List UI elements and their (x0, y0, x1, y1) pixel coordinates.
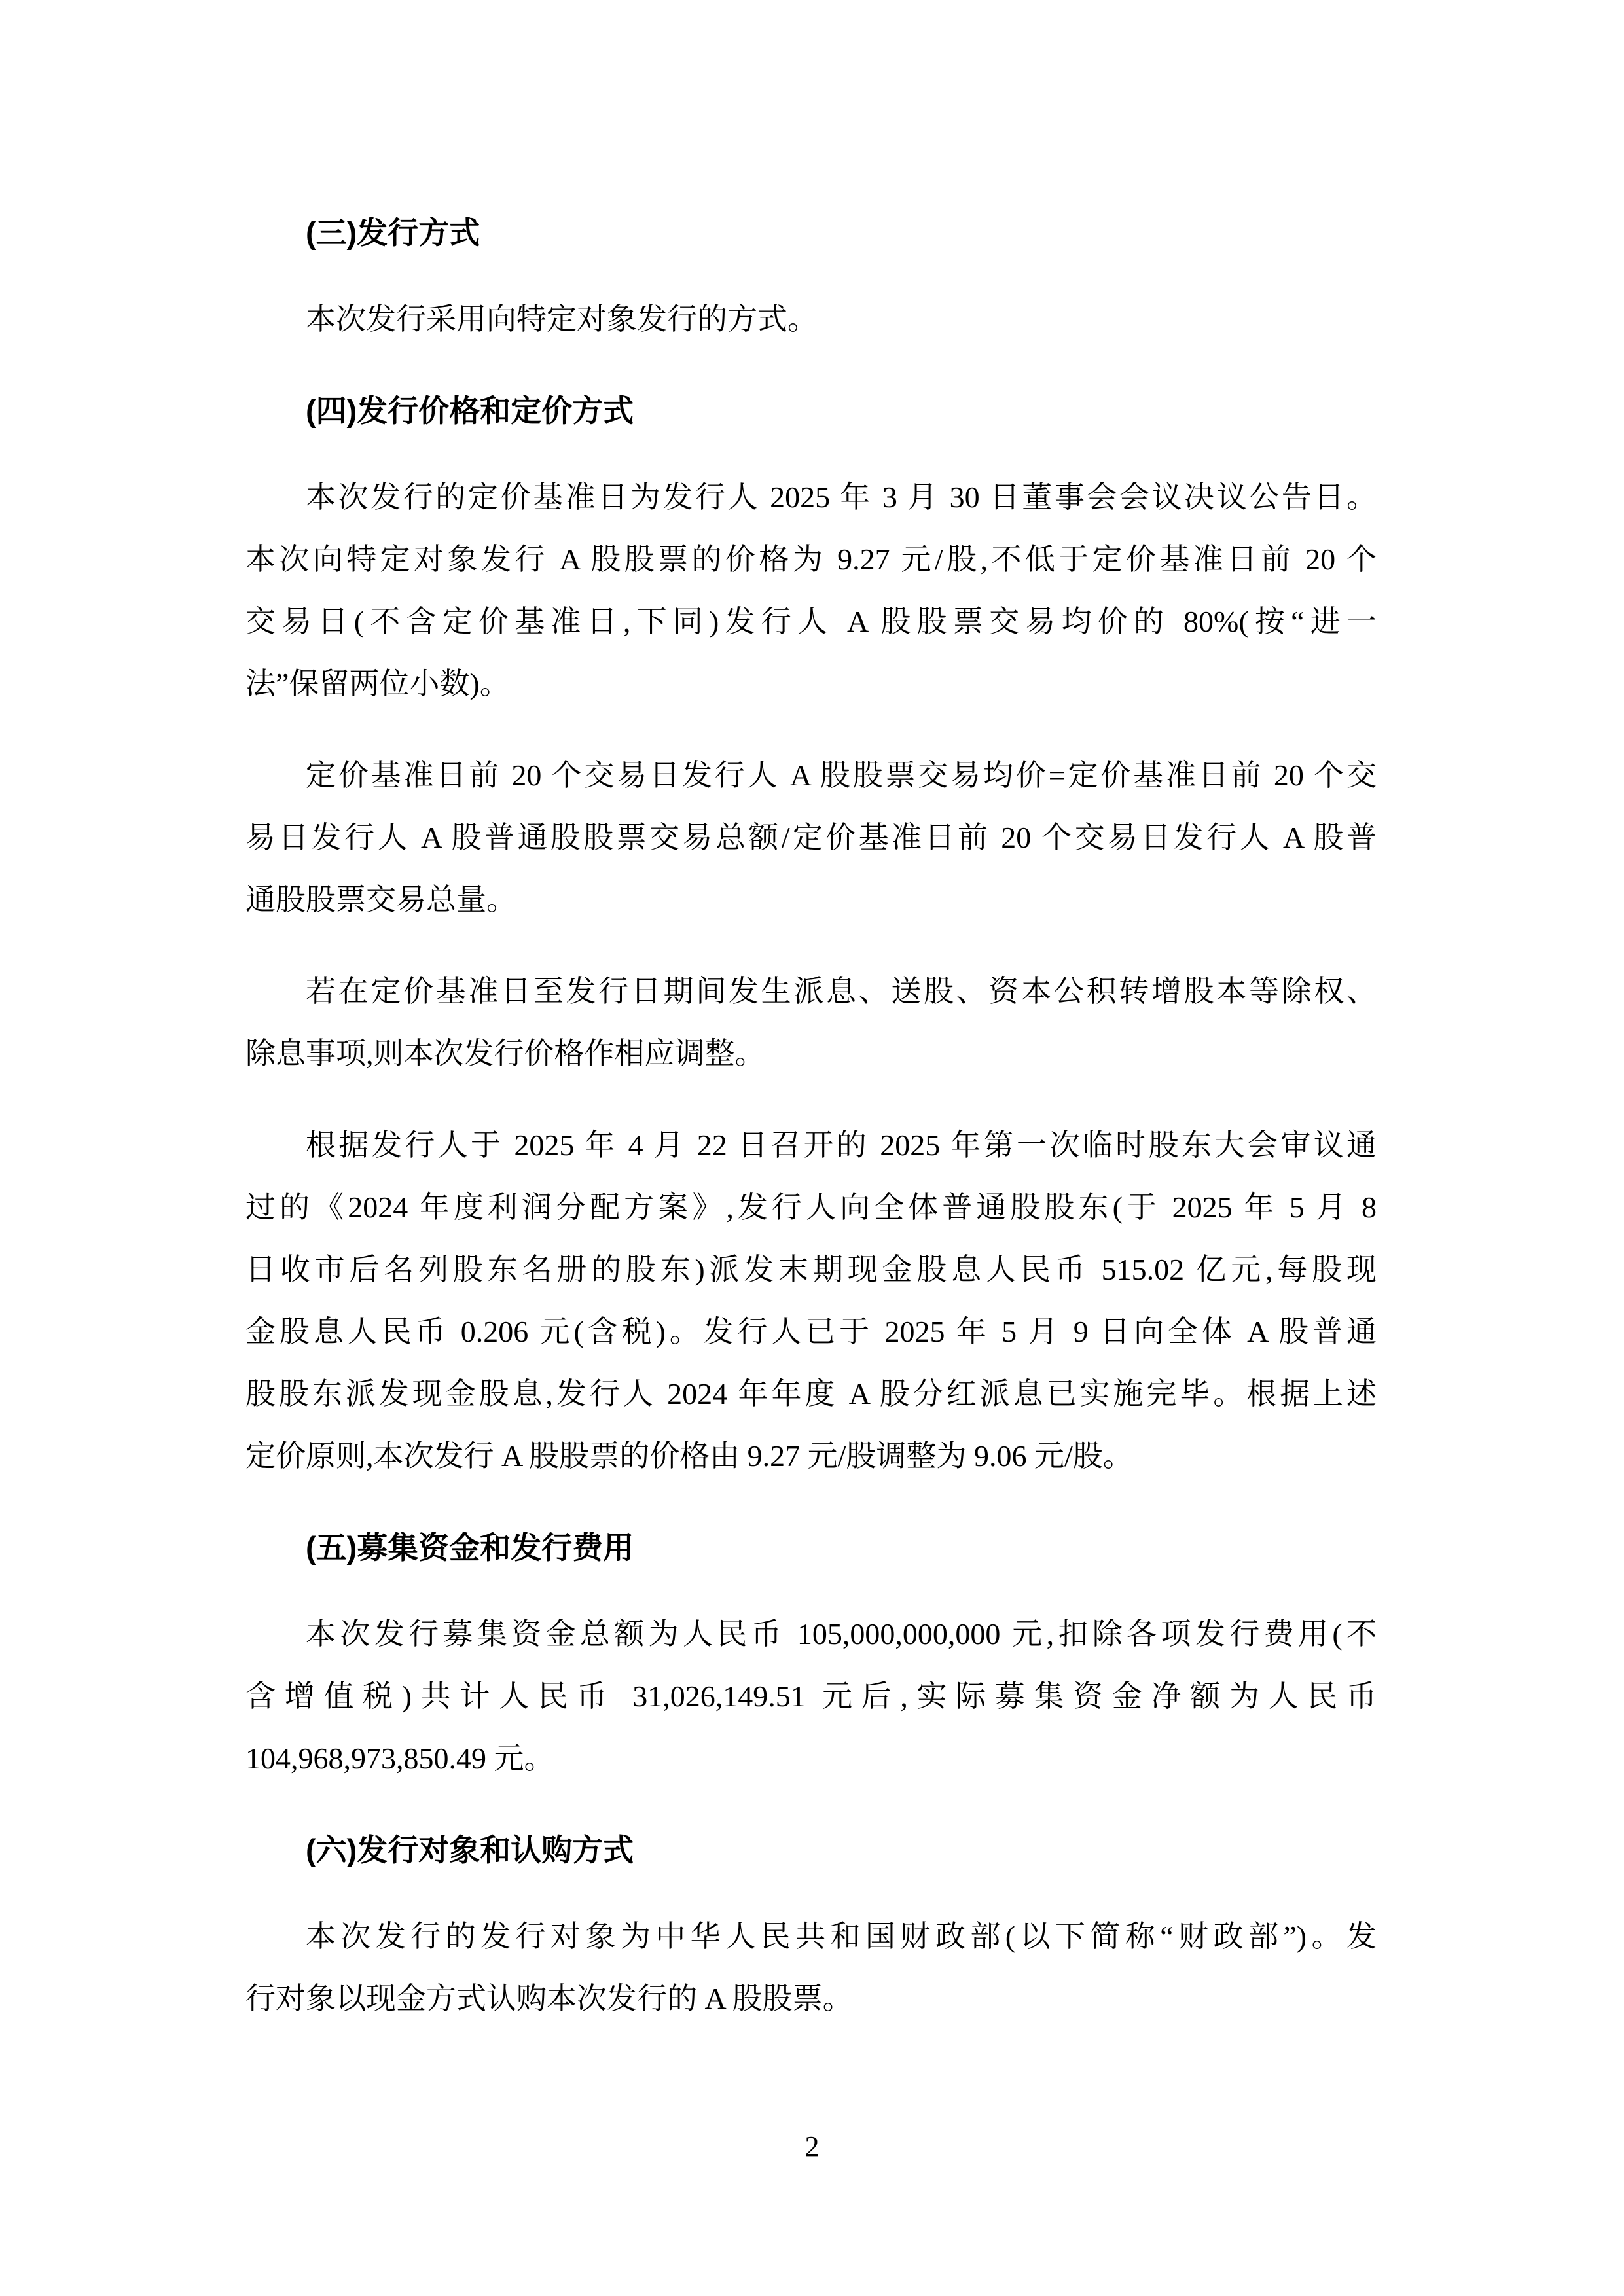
section-heading-5: (五)募集资金和发行费用 (245, 1516, 1377, 1579)
paragraph: 若在定价基准日至发行日期间发生派息、送股、资本公积转增股本等除权、 除息事项,则… (245, 960, 1377, 1085)
paragraph-line: 股股东派发现金股息,发行人 2024 年年度 A 股分红派息已实施完毕。根据上述 (245, 1363, 1377, 1425)
paragraph-line: 过的《2024 年度利润分配方案》,发行人向全体普通股股东(于 2025 年 5… (245, 1176, 1377, 1238)
paragraph: 根据发行人于 2025 年 4 月 22 日召开的 2025 年第一次临时股东大… (245, 1114, 1377, 1487)
paragraph: 定价基准日前 20 个交易日发行人 A 股股票交易均价=定价基准日前 20 个交… (245, 744, 1377, 931)
paragraph-line: 法”保留两位小数)。 (245, 653, 1377, 715)
paragraph-line: 本次发行募集资金总额为人民币 105,000,000,000 元,扣除各项发行费… (245, 1603, 1377, 1665)
paragraph-line: 本次发行采用向特定对象发行的方式。 (245, 288, 1377, 350)
paragraph-line: 定价基准日前 20 个交易日发行人 A 股股票交易均价=定价基准日前 20 个交 (245, 744, 1377, 806)
paragraph-line: 日收市后名列股东名册的股东)派发末期现金股息人民币 515.02 亿元,每股现 (245, 1238, 1377, 1300)
paragraph-line: 除息事项,则本次发行价格作相应调整。 (245, 1022, 1377, 1085)
paragraph-line: 本次向特定对象发行 A 股股票的价格为 9.27 元/股,不低于定价基准日前 2… (245, 528, 1377, 590)
page-number: 2 (0, 2127, 1624, 2166)
paragraph-line: 本次发行的定价基准日为发行人 2025 年 3 月 30 日董事会会议决议公告日… (245, 466, 1377, 528)
paragraph-line: 本次发行的发行对象为中华人民共和国财政部(以下简称“财政部”)。发 (245, 1905, 1377, 1967)
paragraph-line: 若在定价基准日至发行日期间发生派息、送股、资本公积转增股本等除权、 (245, 960, 1377, 1022)
paragraph: 本次发行的定价基准日为发行人 2025 年 3 月 30 日董事会会议决议公告日… (245, 466, 1377, 715)
paragraph: 本次发行募集资金总额为人民币 105,000,000,000 元,扣除各项发行费… (245, 1603, 1377, 1789)
paragraph: 本次发行采用向特定对象发行的方式。 (245, 288, 1377, 350)
section-heading-3: (三)发行方式 (245, 202, 1377, 264)
section-heading-6: (六)发行对象和认购方式 (245, 1819, 1377, 1881)
paragraph-line: 定价原则,本次发行 A 股股票的价格由 9.27 元/股调整为 9.06 元/股… (245, 1425, 1377, 1487)
paragraph-line: 金股息人民币 0.206 元(含税)。发行人已于 2025 年 5 月 9 日向… (245, 1300, 1377, 1363)
paragraph-line: 行对象以现金方式认购本次发行的 A 股股票。 (245, 1967, 1377, 2030)
text-content: (三)发行方式 本次发行采用向特定对象发行的方式。 (四)发行价格和定价方式 本… (245, 202, 1377, 2059)
paragraph-line: 易日发行人 A 股普通股股票交易总额/定价基准日前 20 个交易日发行人 A 股… (245, 806, 1377, 869)
paragraph-line: 含增值税)共计人民币 31,026,149.51 元后,实际募集资金净额为人民币 (245, 1665, 1377, 1727)
paragraph: 本次发行的发行对象为中华人民共和国财政部(以下简称“财政部”)。发 行对象以现金… (245, 1905, 1377, 2030)
section-heading-4: (四)发行价格和定价方式 (245, 380, 1377, 442)
paragraph-line: 根据发行人于 2025 年 4 月 22 日召开的 2025 年第一次临时股东大… (245, 1114, 1377, 1176)
paragraph-line: 104,968,973,850.49 元。 (245, 1727, 1377, 1789)
paragraph-line: 交易日(不含定价基准日,下同)发行人 A 股股票交易均价的 80%(按“进一 (245, 590, 1377, 653)
paragraph-line: 通股股票交易总量。 (245, 869, 1377, 931)
document-page: (三)发行方式 本次发行采用向特定对象发行的方式。 (四)发行价格和定价方式 本… (0, 0, 1624, 2296)
